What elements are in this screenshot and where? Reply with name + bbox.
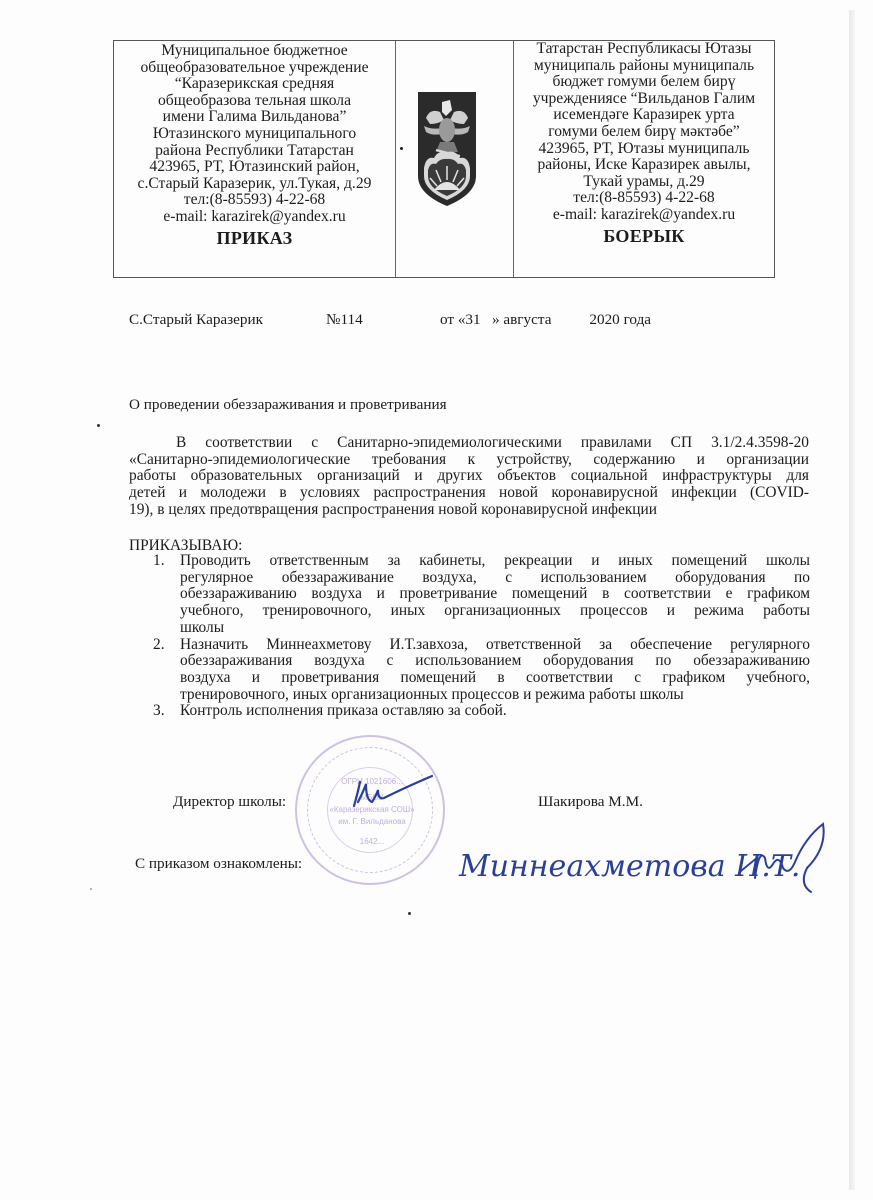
item-line: школы xyxy=(180,620,810,637)
item-line: Контроль исполнения приказа оставляю за … xyxy=(180,703,810,720)
speck xyxy=(97,424,100,427)
letterhead-line: Тукай урамы, д.29 xyxy=(514,174,774,191)
letterhead-line: Муниципальное бюджетное xyxy=(114,43,395,60)
letterhead-line: тел:(8-85593) 4-22-68 xyxy=(114,192,395,209)
document-type-tt: БОЕРЫК xyxy=(514,226,774,246)
letterhead-emblem-cell xyxy=(396,41,514,277)
order-items-list: 1. Проводить ответственным за кабинеты, … xyxy=(153,553,810,720)
letterhead-line: учреждениясе “Вильданов Галим xyxy=(514,91,774,108)
letterhead-line: e-mail: karazirek@yandex.ru xyxy=(114,209,395,226)
letterhead-line: муниципаль районы муниципаль xyxy=(514,58,774,75)
director-label: Директор школы: xyxy=(173,793,286,811)
letterhead-line: района Республики Татарстан xyxy=(114,143,395,160)
letterhead-line: e-mail: karazirek@yandex.ru xyxy=(514,207,774,224)
letterhead-line: Татарстан Республикасы Ютазы xyxy=(514,41,774,58)
director-name: Шакирова М.М. xyxy=(538,793,643,811)
acknowledged-label: С приказом ознакомлены: xyxy=(135,855,302,873)
letterhead-line: бюджет гомуми белем бирү xyxy=(514,74,774,91)
intro-paragraph: В соответствии с Санитарно-эпидемиологич… xyxy=(129,435,809,519)
letterhead-line: районы, Иске Каразирек авылы, xyxy=(514,157,774,174)
handwritten-name: Миннеахметова И.Т. xyxy=(458,849,800,884)
letterhead-line: с.Старый Каразерик, ул.Тукая, д.29 xyxy=(114,176,395,193)
item-line: учебного, тренировочного, иных организац… xyxy=(180,603,810,620)
document-date: от «31 » августа 2020 года xyxy=(440,311,651,329)
letterhead-line: 423965, РТ, Ютазы муниципаль xyxy=(514,141,774,158)
document-number: №114 xyxy=(326,311,363,329)
item-line: регулярное обеззараживание воздуха, с ис… xyxy=(180,570,810,587)
paragraph-line: 19), в целях предотвращения распростране… xyxy=(129,502,809,519)
document-type-ru: ПРИКАЗ xyxy=(114,228,395,248)
letterhead-line: общеобразова тельная школа xyxy=(114,93,395,110)
letterhead-line: исемендәге Каразирек урта xyxy=(514,107,774,124)
paragraph-line: работы образовательных организаций и дру… xyxy=(129,468,809,485)
item-line: Проводить ответственным за кабинеты, рек… xyxy=(180,553,810,570)
letterhead-line: гомуми белем бирү мәктәбе” xyxy=(514,124,774,141)
coat-of-arms-icon xyxy=(416,90,478,208)
item-line: обеззараживания воздуха с использованием… xyxy=(180,653,810,670)
paragraph-line: В соответствии с Санитарно-эпидемиологич… xyxy=(129,435,809,452)
item-line: обеззараживанию воздуха и проветривание … xyxy=(180,586,810,603)
paragraph-line: детей и молодежи в условиях распростране… xyxy=(129,485,809,502)
director-signature-icon xyxy=(348,772,438,812)
document-subject: О проведении обеззараживания и проветрив… xyxy=(129,396,447,414)
item-line: воздуха и проветривания помещений в соот… xyxy=(180,670,810,687)
letterhead-tatar: Татарстан Республикасы Ютазы муниципаль … xyxy=(514,41,774,277)
item-number: 2. xyxy=(153,637,165,654)
letterhead-line: тел:(8-85593) 4-22-68 xyxy=(514,190,774,207)
item-line: тренировочного, иных организационных про… xyxy=(180,687,810,704)
letterhead-line: Ютазинского муниципального xyxy=(114,126,395,143)
page-edge xyxy=(849,10,855,1190)
speck xyxy=(400,147,403,150)
speck xyxy=(408,912,411,915)
letterhead-russian: Муниципальное бюджетное общеобразователь… xyxy=(114,41,396,277)
stamp-text: 1642... xyxy=(297,837,447,847)
list-item: 2. Назначить Миннеахметову И.Т.завхоза, … xyxy=(153,637,810,704)
paragraph-line: «Санитарно-эпидемиологические требования… xyxy=(129,452,809,469)
letterhead-line: 423965, РТ, Ютазинский район, xyxy=(114,159,395,176)
speck xyxy=(90,888,92,890)
letterhead-line: имени Галима Вильданова” xyxy=(114,109,395,126)
item-number: 1. xyxy=(153,553,165,570)
handwritten-acknowledgement-icon: Миннеахметова И.Т. xyxy=(455,818,835,898)
letterhead-line: “Каразерикская средняя xyxy=(114,76,395,93)
letterhead-line: общеобразовательное учреждение xyxy=(114,60,395,77)
item-line: Назначить Миннеахметову И.Т.завхоза, отв… xyxy=(180,637,810,654)
letterhead-table: Муниципальное бюджетное общеобразователь… xyxy=(113,40,775,278)
list-item: 3. Контроль исполнения приказа оставляю … xyxy=(153,703,810,720)
item-number: 3. xyxy=(153,703,165,720)
list-item: 1. Проводить ответственным за кабинеты, … xyxy=(153,553,810,637)
stamp-text: им. Г. Вильданова xyxy=(297,817,447,827)
document-place: С.Старый Каразерик xyxy=(129,311,263,329)
